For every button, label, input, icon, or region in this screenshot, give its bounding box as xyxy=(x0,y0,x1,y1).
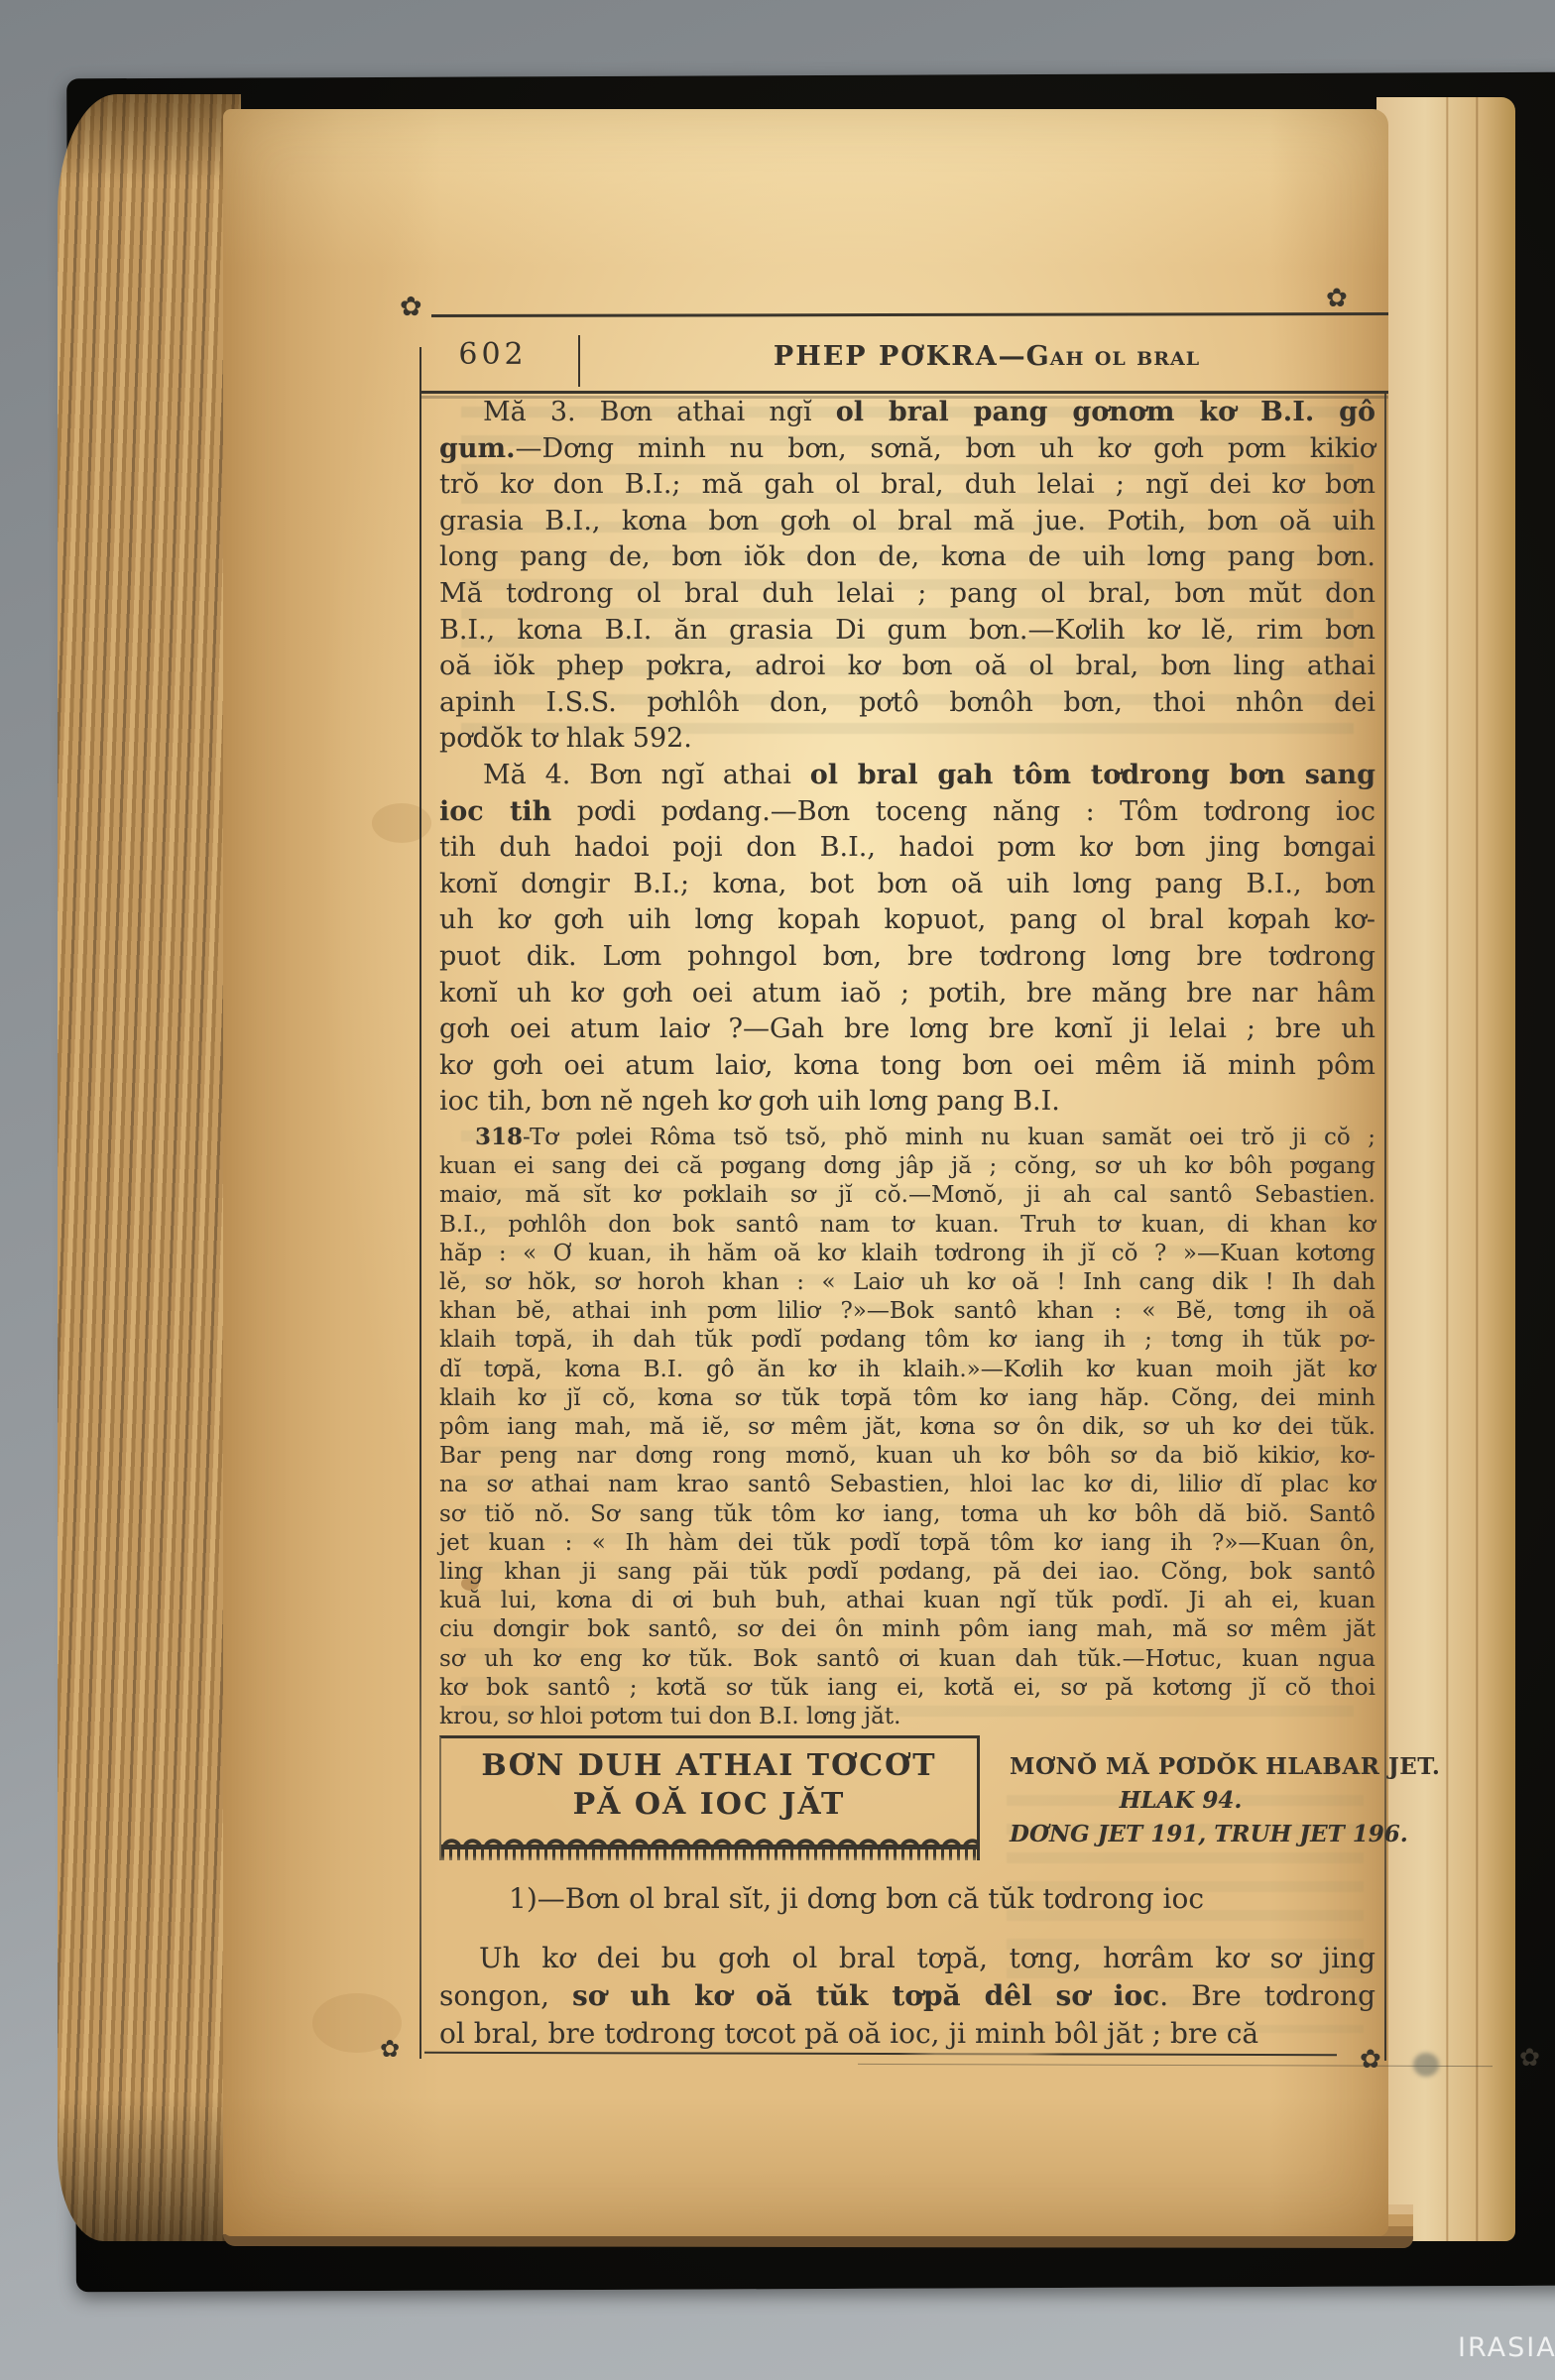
flower-ornament-top-left: ✿ xyxy=(400,292,422,322)
irasia-watermark: IRASIA xyxy=(1458,2332,1555,2363)
flower-ornament-top-right: ✿ xyxy=(1326,284,1348,313)
text-line: oă iŏk phep pơkra, adroi kơ bơn oă ol br… xyxy=(439,649,1376,685)
text-line: kơnĭ uh kơ gơh oei atum iaŏ ; pơtih, bre… xyxy=(439,976,1376,1012)
text-line: pôm iang mah, mă iĕ, sơ mêm jăt, kơna sơ… xyxy=(439,1413,1376,1442)
text-line: dĭ tơpă, kơna B.I. gô ăn kơ ih klaih.»—K… xyxy=(439,1356,1376,1384)
running-title-sub: —Gah ol bral xyxy=(999,341,1200,372)
text-line: songon, sơ uh kơ oă tŭk tơpă dêl sơ ioc.… xyxy=(439,1977,1376,2015)
section-title-lines: BƠN DUH ATHAI TƠCƠTPĂ OĂ IOC JĂT xyxy=(441,1746,977,1824)
text-line: MƠNŎ MĂ PƠDŎK HLABAR JET. xyxy=(1010,1750,1352,1784)
text-line: DƠNG JET 191, TRUH JET 196. xyxy=(1010,1818,1352,1851)
text-line: B.I., pơhlôh don bok santô nam tơ kuan. … xyxy=(439,1211,1376,1240)
scallop-border xyxy=(441,1832,977,1844)
text-line: ol bral, bre tơdrong tơcot pă oă ioc, ji… xyxy=(439,2015,1376,2053)
text-frame-left-border xyxy=(419,347,421,2059)
text-line: BƠN DUH ATHAI TƠCƠT xyxy=(441,1746,977,1785)
paragraph-ma-3: Mă 3. Bơn athai ngĭ ol bral pang gơnơm k… xyxy=(439,395,1376,758)
text-line: tih duh hadoi poji don B.I., hadoi pơm k… xyxy=(439,830,1376,867)
text-line: gơh oei atum laiơ ?—Gah bre lơng bre kơn… xyxy=(439,1011,1376,1048)
text-line: krou, sơ hloi pơtơm tui don B.I. lơng jă… xyxy=(439,1703,1376,1731)
text-line: Uh kơ dei bu gơh ol bral tơpă, tơng, hơr… xyxy=(439,1940,1376,1977)
running-title-main: PHEP PƠKRA xyxy=(774,341,999,372)
text-line: HLAK 94. xyxy=(1010,1784,1352,1818)
final-paragraph: Uh kơ dei bu gơh ol bral tơpă, tơng, hơr… xyxy=(439,1940,1376,2053)
paragraph-ma-4: Mă 4. Bơn ngĭ athai ol bral gah tôm tơdr… xyxy=(439,758,1376,1121)
text-line: grasia B.I., kơna bơn gơh ol bral mă jue… xyxy=(439,504,1376,540)
text-line: 318-Tơ pơlei Rôma tsŏ tsŏ, phŏ minh nu k… xyxy=(439,1123,1376,1152)
text-line: ling khan ji sang păi tŭk pơdĭ pơdang, p… xyxy=(439,1558,1376,1587)
text-line: Bar peng nar dơng rong mơnŏ, kuan uh kơ … xyxy=(439,1442,1376,1471)
text-line: Mă tơdrong ol bral duh lelai ; pang ol b… xyxy=(439,576,1376,613)
text-line: kuă lui, kơna di ơi buh buh, athai kuan … xyxy=(439,1587,1376,1615)
page-stack-left-edge xyxy=(58,94,241,2241)
book-page: ✿ 602 PHEP PƠKRA—Gah ol bral ✿ Mă 3. Bơn… xyxy=(223,109,1388,2236)
text-line: sơ uh kơ eng kơ tŭk. Bok santô ơi kuan d… xyxy=(439,1645,1376,1674)
text-line: ioc tih, bơn nĕ ngeh kơ gơh uih lơng pan… xyxy=(439,1084,1376,1121)
text-line: kơnĭ dơngir B.I.; kơna, bot bơn oă uih l… xyxy=(439,867,1376,903)
text-line: maiơ, mă sĭt kơ pơklaih sơ jĭ cŏ.—Mơnŏ, … xyxy=(439,1181,1376,1210)
text-line: na sơ athai nam krao santô Sebastien, hl… xyxy=(439,1471,1376,1499)
running-title: PHEP PƠKRA—Gah ol bral xyxy=(640,341,1334,372)
text-line: lĕ, sơ hŏk, sơ horoh khan : « Laiơ uh kơ… xyxy=(439,1268,1376,1297)
text-line: Mă 4. Bơn ngĭ athai ol bral gah tôm tơdr… xyxy=(439,758,1376,794)
text-line: puot dik. Lơm pohngol bơn, bre tơdrong l… xyxy=(439,939,1376,976)
text-line: pơdŏk tơ hlak 592. xyxy=(439,721,1376,758)
paper-stain xyxy=(372,803,431,843)
numbered-item-line: 1)—Bơn ol bral sĭt, ji dơng bơn că tŭk t… xyxy=(439,1882,1376,1915)
flower-ornament-bottom-left: ✿ xyxy=(380,2035,400,2063)
text-frame-right-border xyxy=(1384,391,1386,2061)
text-line: Mă 3. Bơn athai ngĭ ol bral pang gơnơm k… xyxy=(439,395,1376,431)
header-divider xyxy=(578,335,580,387)
page-number: 602 xyxy=(438,337,547,372)
text-line: B.I., kơna B.I. ăn grasia Di gum bơn.—Kơ… xyxy=(439,613,1376,650)
flower-ornament-bottom-right: ✿ xyxy=(1360,2045,1381,2075)
section-title-box: BƠN DUH ATHAI TƠCƠTPĂ OĂ IOC JĂT xyxy=(439,1735,980,1860)
page-stack-right-edge xyxy=(1376,97,1515,2241)
scallop-fringe xyxy=(441,1849,977,1860)
header-bottom-rule xyxy=(419,391,1388,394)
book-scan: ✿ 602 PHEP PƠKRA—Gah ol bral ✿ Mă 3. Bơn… xyxy=(0,0,1555,2380)
text-line: uh kơ gơh uih lơng kopah kopuot, pang ol… xyxy=(439,902,1376,939)
text-line: apinh I.S.S. pơhlôh don, pơtô bơnôh bơn,… xyxy=(439,685,1376,722)
text-line: gum.—Dơng minh nu bơn, sơnă, bơn uh kơ g… xyxy=(439,431,1376,468)
text-line: kơ gơh oei atum laiơ, kơna tong bơn oei … xyxy=(439,1048,1376,1085)
text-line: long pang de, bơn iŏk don de, kơna de ui… xyxy=(439,539,1376,576)
header-top-rule xyxy=(431,312,1388,317)
text-line: kơ bok santô ; kơtă sơ tŭk iang ei, kơtă… xyxy=(439,1674,1376,1703)
text-line: ioc tih pơdi pơdang.—Bơn toceng năng : T… xyxy=(439,794,1376,831)
section-reference-box: MƠNŎ MĂ PƠDŎK HLABAR JET.HLAK 94.DƠNG JE… xyxy=(1010,1750,1352,1851)
text-line: sơ tiŏ nŏ. Sơ sang tŭk tôm kơ iang, tơma… xyxy=(439,1500,1376,1529)
text-line: hăp : « Ơ kuan, ih hăm oă kơ klaih tơdro… xyxy=(439,1240,1376,1268)
text-line: ciu dơngir bok santô, sơ dei ôn minh pôm… xyxy=(439,1615,1376,1644)
text-line: klaih kơ jĭ cŏ, kơna sơ tŭk tơpă tôm kơ … xyxy=(439,1384,1376,1413)
text-line: PĂ OĂ IOC JĂT xyxy=(441,1785,977,1824)
text-line: khan bĕ, athai inh pơm liliơ ?»—Bok sant… xyxy=(439,1297,1376,1326)
ink-smudge xyxy=(1413,2053,1439,2077)
text-line: jet kuan : « Ih hàm dei tŭk pơdĭ tơpă tô… xyxy=(439,1529,1376,1558)
text-line: trŏ kơ don B.I.; mă gah ol bral, duh lel… xyxy=(439,467,1376,504)
flower-ornament-next-page: ✿ xyxy=(1519,2043,1540,2072)
paragraph-318-note: 318-Tơ pơlei Rôma tsŏ tsŏ, phŏ minh nu k… xyxy=(439,1123,1376,1731)
text-line: kuan ei sang dei că pơgang dơng jâp jă ;… xyxy=(439,1152,1376,1181)
text-line: klaih tơpă, ih dah tŭk pơdĭ pơdang tôm k… xyxy=(439,1326,1376,1355)
